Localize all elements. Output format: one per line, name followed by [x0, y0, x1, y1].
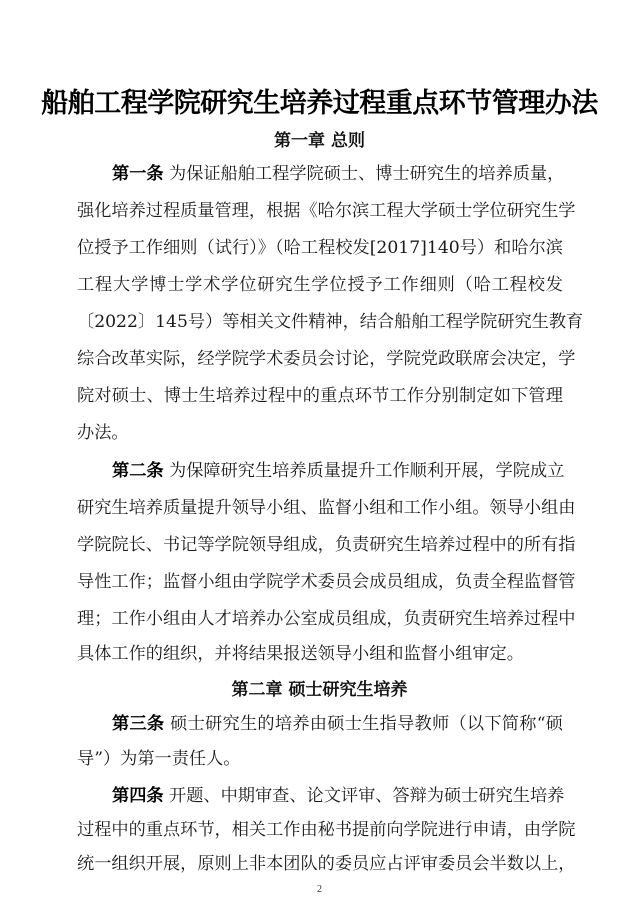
article-2-line-1: 第二条 为保障研究生培养质量提升工作顺利开展，学院成立 [112, 457, 563, 485]
article-3-line-1: 第三条 硕士研究生的培养由硕士生指导教师（以下简称“硕 [112, 710, 563, 738]
article-2-line-2: 研究生培养质量提升领导小组、监督小组和工作小组。领导小组由 [77, 494, 563, 522]
article-2-line-3: 学院院长、书记等学院领导组成，负责研究生培养过程中的所有指 [77, 531, 563, 559]
article-1-line-5: 〔2022〕145号）等相关文件精神，结合船舶工程学院研究生教育 [77, 308, 563, 336]
article-label: 第一条 [112, 164, 164, 184]
article-4-line-3: 统一组织开展，原则上非本团队的委员应占评审委员会半数以上， [77, 850, 563, 878]
document-title: 船舶工程学院研究生培养过程重点环节管理办法 [0, 84, 639, 124]
article-1-line-1: 第一条 为保证船舶工程学院硕士、博士研究生的培养质量， [112, 160, 563, 188]
article-1-line-8: 办法。 [77, 419, 563, 447]
article-1-line-4: 工程大学博士学术学位研究生学位授予工作细则（哈工程校发 [77, 271, 563, 299]
chapter-heading-2: 第二章 硕士研究生培养 [0, 676, 639, 704]
article-3-line-2: 导”）为第一责任人。 [77, 745, 563, 773]
article-1-line-2: 强化培养过程质量管理，根据《哈尔滨工程大学硕士学位研究生学 [77, 197, 563, 225]
article-4-line-2: 过程中的重点环节，相关工作由秘书提前向学院进行申请，由学院 [77, 816, 563, 844]
article-1-line-3: 位授予工作细则（试行）》（哈工程校发[2017]140号）和哈尔滨 [77, 234, 563, 262]
article-label: 第三条 [112, 714, 164, 734]
chapter-heading-1: 第一章 总则 [0, 127, 639, 155]
article-label: 第四条 [112, 786, 164, 806]
article-label: 第二条 [112, 461, 164, 481]
article-2-line-5: 理；工作小组由人才培养办公室成员组成，负责研究生培养过程中 [77, 605, 563, 633]
article-4-line-1: 第四条 开题、中期审查、论文评审、答辩为硕士研究生培养 [112, 782, 563, 810]
article-2-line-4: 导性工作；监督小组由学院学术委员会成员组成，负责全程监督管 [77, 568, 563, 596]
article-2-line-6: 具体工作的组织，并将结果报送领导小组和监督小组审定。 [77, 640, 563, 668]
article-1-line-7: 院对硕士、博士生培养过程中的重点环节工作分别制定如下管理 [77, 382, 563, 410]
document-page: 船舶工程学院研究生培养过程重点环节管理办法 第一章 总则 第一条 为保证船舶工程… [0, 0, 639, 903]
article-1-line-6: 综合改革实际，经学院学术委员会讨论，学院党政联席会决定，学 [77, 345, 563, 373]
page-number: 2 [0, 884, 639, 895]
